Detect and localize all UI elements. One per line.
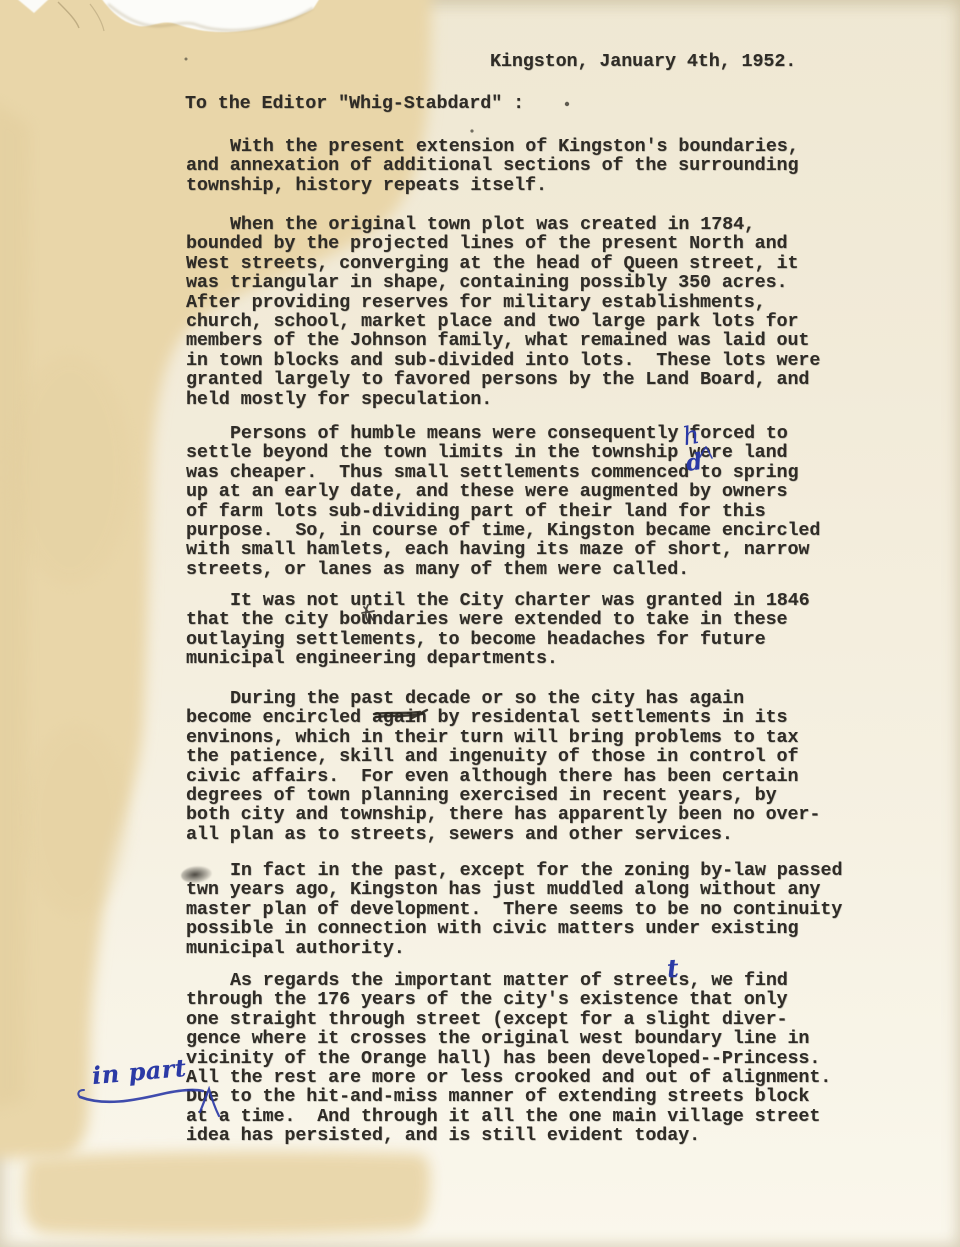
salutation: To the Editor "Whig-Stabdard" : [185, 94, 524, 113]
insertion-caret-due-icon [196, 1086, 223, 1118]
paragraph-6: In fact in the past, except for the zoni… [186, 861, 842, 958]
strikeout-again-mark [371, 706, 431, 723]
age-blotch [10, 355, 130, 585]
paragraph-7: As regards the important matter of stree… [186, 971, 831, 1146]
edge-streak [0, 100, 30, 1110]
ink-speck [470, 129, 473, 132]
paragraph-2: When the original town plot was created … [186, 215, 820, 409]
paragraph-4: It was not until the City charter was gr… [186, 591, 810, 669]
letter-page: Kingston, January 4th, 1952. To the Edit… [0, 0, 960, 1247]
paragraph-5: During the past decade or so the city ha… [186, 689, 820, 844]
handwritten-t-correction: t [666, 954, 680, 984]
dateline: Kingston, January 4th, 1952. [490, 52, 796, 71]
paragraph-1: With the present extension of Kingston's… [186, 137, 799, 195]
overstrike-correction-mark [360, 603, 377, 624]
age-blotch [24, 725, 128, 915]
tan-aging-bottom [24, 1151, 430, 1235]
ink-speck [185, 58, 188, 61]
ink-speck [565, 102, 569, 106]
paragraph-3: Persons of humble means were consequentl… [186, 424, 820, 579]
